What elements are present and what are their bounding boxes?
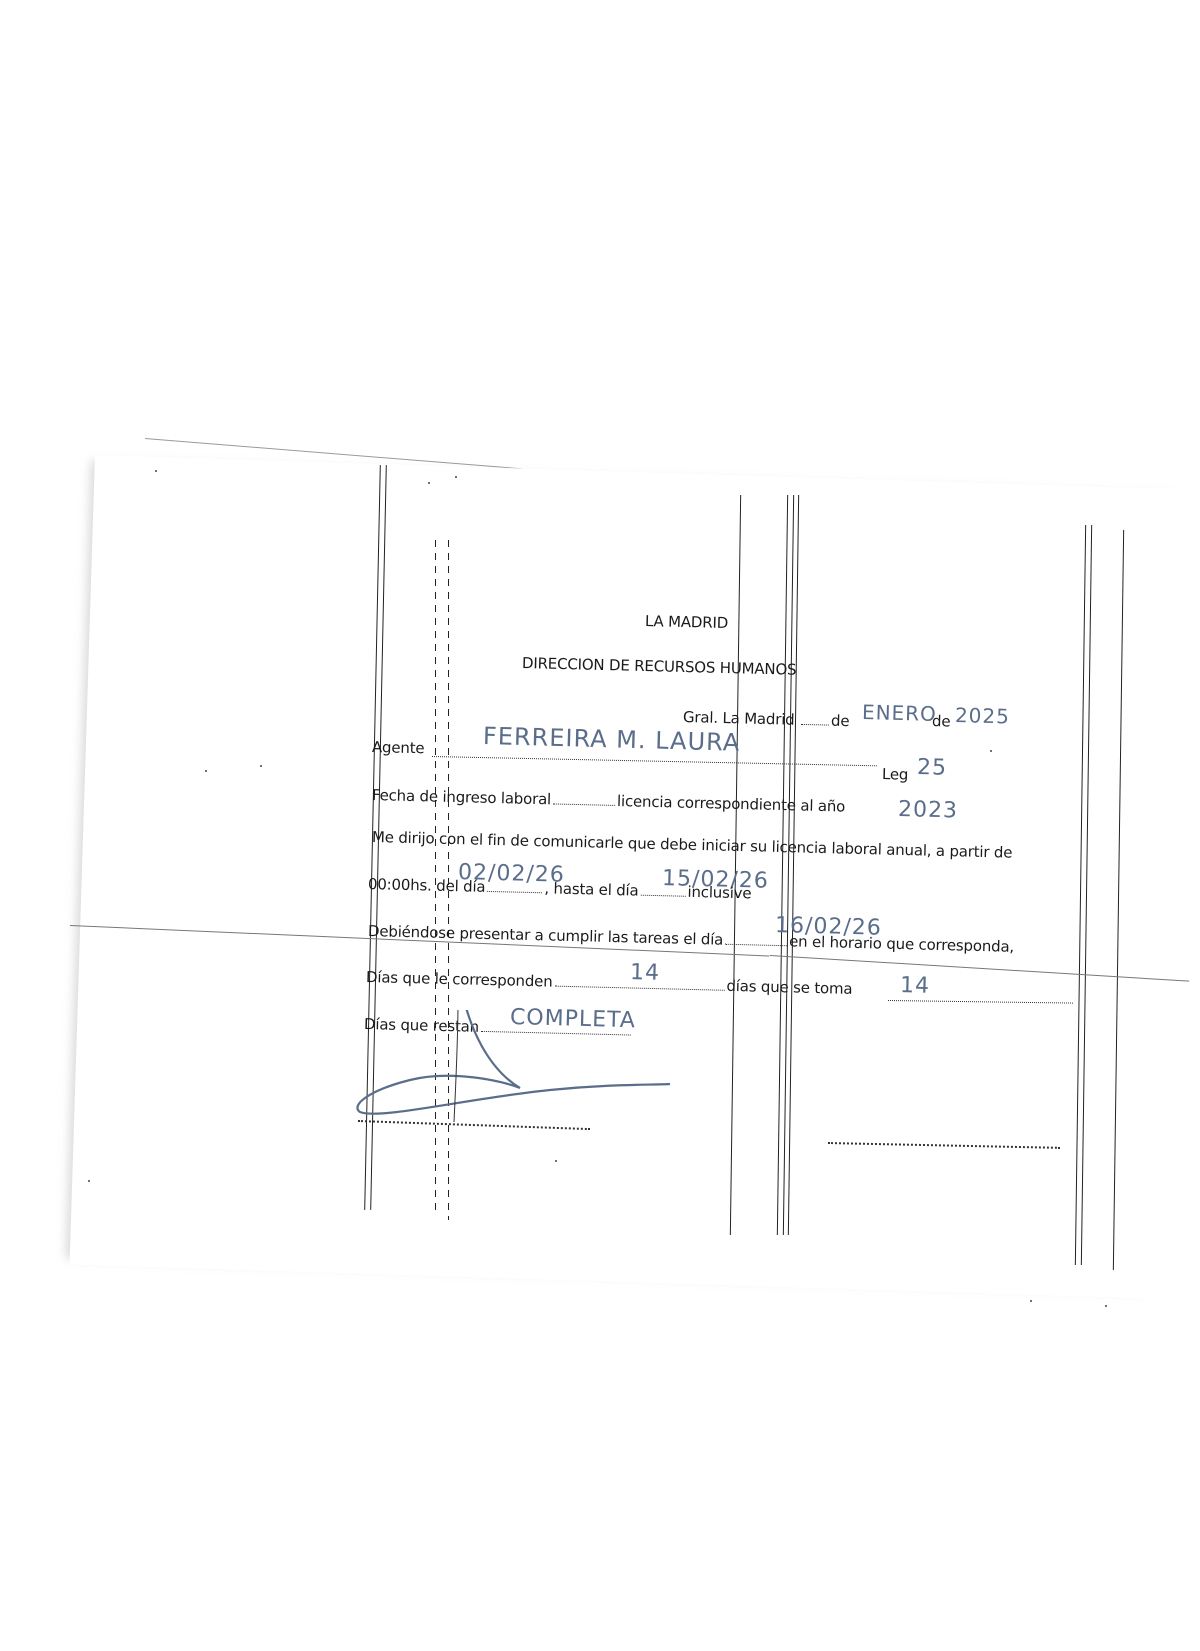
speck bbox=[455, 476, 457, 478]
place-label: Gral. La Madrid bbox=[683, 708, 795, 729]
speck bbox=[260, 765, 262, 767]
speck bbox=[1030, 1300, 1032, 1302]
until-label: , hasta el día bbox=[544, 879, 639, 899]
signature bbox=[350, 1010, 690, 1130]
year-field[interactable]: 2025 bbox=[955, 703, 1011, 728]
speck bbox=[155, 470, 157, 472]
agent-label: Agente bbox=[372, 738, 425, 757]
inclusive-label: inclusive bbox=[687, 883, 751, 903]
from-label: 00:00hs. del día bbox=[368, 875, 486, 896]
toma-field[interactable]: 14 bbox=[900, 973, 931, 999]
de-label: de bbox=[831, 712, 850, 730]
speck bbox=[1105, 1305, 1107, 1307]
speck bbox=[428, 482, 430, 484]
speck bbox=[88, 1180, 90, 1182]
corresponden-field[interactable]: 14 bbox=[630, 960, 661, 986]
leg-field[interactable]: 25 bbox=[917, 755, 948, 781]
month-field[interactable]: ENERO bbox=[862, 700, 937, 726]
speck bbox=[990, 750, 992, 752]
form-sheet bbox=[70, 455, 1185, 1299]
toma-label: días que se toma bbox=[726, 977, 852, 998]
de-label-2: de bbox=[932, 712, 951, 730]
speck bbox=[555, 1160, 557, 1162]
licencia-year-field[interactable]: 2023 bbox=[898, 797, 959, 824]
scanned-page: LA MADRID DIRECCION DE RECURSOS HUMANOS … bbox=[0, 0, 1200, 1651]
speck bbox=[205, 770, 207, 772]
org-name: LA MADRID bbox=[645, 612, 729, 632]
leg-label: Leg bbox=[882, 765, 909, 784]
